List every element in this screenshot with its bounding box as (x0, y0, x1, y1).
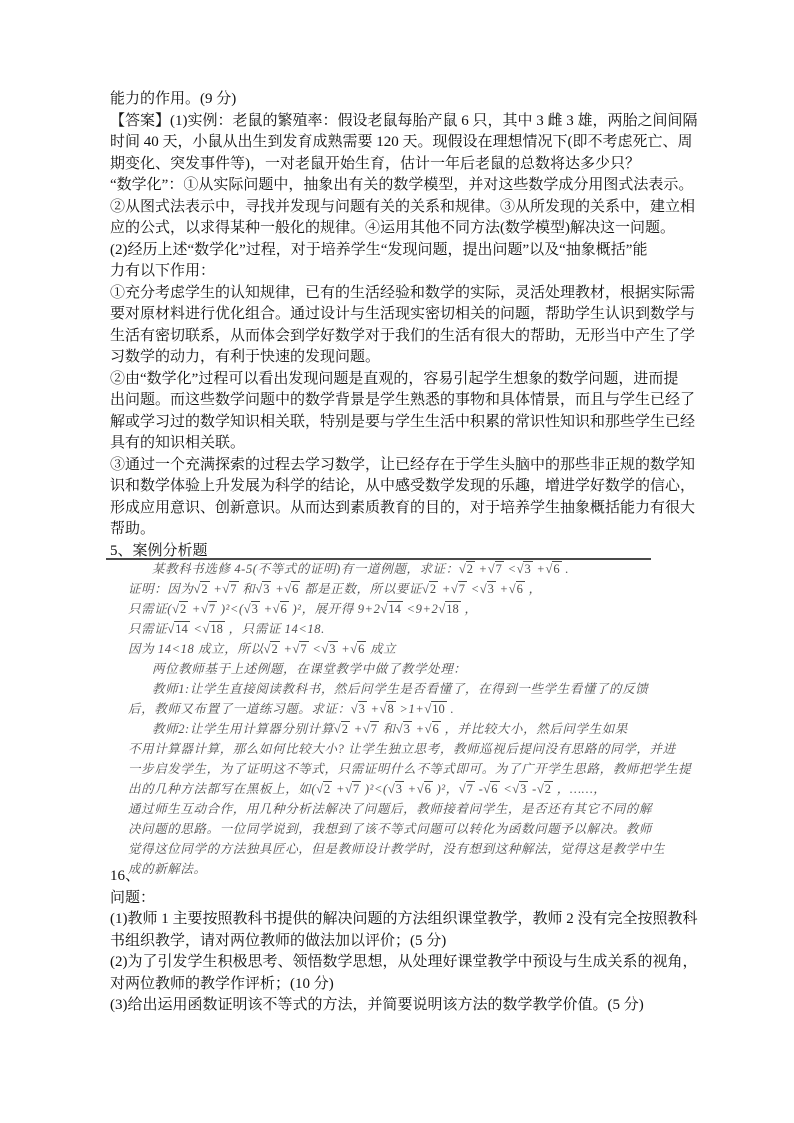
sqrt-expression: √18 (438, 601, 460, 616)
text-line: ②由“数学化”过程可以看出发现问题是直观的，容易引起学生想象的数学问题，进而提 (110, 369, 710, 391)
scan-text-line: 证明：因为√2 +√7 和√3 +√6 都是正数，所以要证√2 +√7 <√3 … (128, 579, 708, 599)
sqrt-expression: √10 (424, 701, 446, 716)
question-line: (3)给出运用函数证明该不等式的方法，并简要说明该方法的数学教学价值。(5 分) (110, 995, 710, 1017)
sqrt-expression: √2 (264, 641, 280, 656)
text-line: 具有的知识相关联。 (110, 433, 710, 455)
sqrt-expression: √6 (425, 721, 441, 736)
text-line: 【答案】(1)实例：老鼠的繁殖率：假设老鼠每胎产鼠 6 只，其中 3 雌 3 雄… (110, 111, 710, 133)
scan-text-line: 决问题的思路。一位同学说到，我想到了该不等式问题可以转化为函数问题予以解决。教师 (128, 819, 708, 839)
text-line: 帮助。 (110, 519, 710, 541)
sqrt-expression: √14 (167, 621, 189, 636)
sqrt-expression: √2 (194, 581, 210, 596)
case-study-scan-image: 某教科书选修 4-5(不等式的证明)有一道例题，求证：√2 +√7 <√3 +√… (128, 559, 708, 879)
sqrt-expression: √7 (488, 561, 504, 576)
scan-text-line: 一步启发学生，为了证明这不等式，只需证明什么不等式即可。为了广开学生思路，教师把… (128, 759, 708, 779)
text-line: ①充分考虑学生的认知规律，已有的生活经验和数学的实际，灵活处理教材，根据实际需 (110, 283, 710, 305)
questions-block: 16、 问题： (1)教师 1 主要按照教科书提供的解决问题的方法组织课堂教学，… (110, 866, 710, 1017)
sqrt-expression: √7 (292, 641, 308, 656)
text-line: (2)经历上述“数学化”过程，对于培养学生“发现问题，提出问题”以及“抽象概括”… (110, 240, 710, 262)
text-line: 识和数学体验上升发展为科学的结论，从中感受数学发现的乐趣，增进学好数学的信心， (110, 476, 710, 498)
text-line: ③通过一个充满探索的过程去学习数学，让已经存在于学生头脑中的那些非正规的数学知 (110, 455, 710, 477)
text-line: “数学化”：①从实际问题中，抽象出有关的数学模型，并对这些数学成分用图式法表示。 (110, 175, 710, 197)
text-line: 要对原材料进行优化组合。通过设计与生活现实密切相关的问题，帮助学生认识到数学与 (110, 304, 710, 326)
sqrt-expression: √3 (244, 601, 260, 616)
sqrt-expression: √2 (459, 561, 475, 576)
sqrt-expression: √3 (388, 781, 404, 796)
answer-text-block: 能力的作用。(9 分)【答案】(1)实例：老鼠的繁殖率：假设老鼠每胎产鼠 6 只… (110, 89, 710, 562)
sqrt-expression: √6 (284, 581, 300, 596)
sqrt-expression: √7 (345, 781, 361, 796)
sqrt-expression: √14 (380, 601, 402, 616)
sqrt-expression: √8 (380, 701, 396, 716)
scan-text-line: 后，教师又布置了一道练习题。求证：√3 +√8 >1+√10 . (128, 699, 708, 719)
sqrt-expression: √3 (321, 641, 337, 656)
question-16-number: 16、 (110, 866, 710, 888)
sqrt-expression: √2 (422, 581, 438, 596)
text-line: 时间 40 天，小鼠从出生到发育成熟需要 120 天。现假设在理想情况下(即不考… (110, 132, 710, 154)
scan-text-line: 出的几种方法都写在黑板上，如(√2 +√7 )²<(√3 +√6 )²，√7 -… (128, 779, 708, 799)
sqrt-expression: √6 (273, 601, 289, 616)
text-line: 解或学习过的数学知识相关联，特别是要与学生生活中积累的常识性知识和那些学生已经 (110, 412, 710, 434)
scan-text-line: 只需证(√2 +√7 )²<(√3 +√6 )²，展开得 9+2√14 <9+2… (128, 599, 708, 619)
text-line: ②从图式法表示中，寻找并发现与问题有关的关系和规律。③从所发现的关系中，建立相 (110, 197, 710, 219)
text-line: 应的公式，以求得某种一般化的规律。④运用其他不同方法(数学模型)解决这一问题。 (110, 218, 710, 240)
sqrt-expression: √18 (202, 621, 224, 636)
sqrt-expression: √7 (451, 581, 467, 596)
scan-text-line: 两位教师基于上述例题，在课堂教学中做了教学处理： (128, 659, 708, 679)
sqrt-expression: √6 (417, 781, 433, 796)
scan-text-line: 某教科书选修 4-5(不等式的证明)有一道例题，求证：√2 +√7 <√3 +√… (128, 559, 708, 579)
scan-text-line: 不用计算器计算，那么如何比较大小? 让学生独立思考，教师巡视后提问没有思路的同学… (128, 739, 708, 759)
text-line: 力有以下作用： (110, 261, 710, 283)
sqrt-expression: √7 (363, 721, 379, 736)
sqrt-expression: √3 (480, 581, 496, 596)
text-line: 能力的作用。(9 分) (110, 89, 710, 111)
sqrt-expression: √6 (350, 641, 366, 656)
sqrt-expression: √3 (255, 581, 271, 596)
sqrt-expression: √2 (316, 781, 332, 796)
scan-text-line: 觉得这位同学的方法独具匠心，但是教师设计教学时，没有想到这种解法，觉得这是教学中… (128, 839, 708, 859)
sqrt-expression: √7 (222, 581, 238, 596)
scan-text-line: 教师1:让学生直接阅读教科书，然后问学生是否看懂了，在得到一些学生看懂了的反馈 (128, 679, 708, 699)
question-line: 书组织教学，请对两位教师的做法加以评价；(5 分) (110, 931, 710, 953)
sqrt-expression: √3 (512, 781, 528, 796)
scan-text-line: 因为 14<18 成立，所以√2 +√7 <√3 +√6 成立 (128, 639, 708, 659)
answer-lines: 能力的作用。(9 分)【答案】(1)实例：老鼠的繁殖率：假设老鼠每胎产鼠 6 只… (110, 89, 710, 541)
sqrt-expression: √6 (483, 781, 499, 796)
sqrt-expression: √6 (546, 561, 562, 576)
sqrt-expression: √7 (459, 781, 475, 796)
question-lines: (1)教师 1 主要按照教科书提供的解决问题的方法组织课堂教学，教师 2 没有完… (110, 909, 710, 1017)
document-page: 能力的作用。(9 分)【答案】(1)实例：老鼠的繁殖率：假设老鼠每胎产鼠 6 只… (0, 0, 794, 1123)
sqrt-expression: √3 (351, 701, 367, 716)
text-line: 形成应用意识、创新意识。从而达到素质教育的目的，对于培养学生抽象概括能力有很大 (110, 498, 710, 520)
question-line: (1)教师 1 主要按照教科书提供的解决问题的方法组织课堂教学，教师 2 没有完… (110, 909, 710, 931)
sqrt-expression: √3 (396, 721, 412, 736)
text-line: 习数学的动力，有利于快速的发现问题。 (110, 347, 710, 369)
scan-text-line: 只需证√14 <√18 ，只需证 14<18. (128, 619, 708, 639)
sqrt-expression: √3 (517, 561, 533, 576)
sqrt-expression: √6 (509, 581, 525, 596)
sqrt-expression: √7 (201, 601, 217, 616)
text-line: 出问题。而这些数学问题中的数学背景是学生熟悉的事物和具体情景，而且与学生已经了 (110, 390, 710, 412)
text-line: 期变化、突发事件等)，一对老鼠开始生育，估计一年后老鼠的总数将达多少只？ (110, 154, 710, 176)
sqrt-expression: √2 (172, 601, 188, 616)
scan-text-line: 教师2:让学生用计算器分别计算√2 +√7 和√3 +√6 ，并比较大小，然后问… (128, 719, 708, 739)
sqrt-expression: √2 (334, 721, 350, 736)
question-line: (2)为了引发学生积极思考、领悟数学思想，从处理好课堂教学中预设与生成关系的视角… (110, 952, 710, 974)
text-line: 生活有密切联系，从而体会到学好数学对于我们的生活有很大的帮助，无形当中产生了学 (110, 326, 710, 348)
question-line: 对两位教师的教学作评析；(10 分) (110, 974, 710, 996)
sqrt-expression: √2 (537, 781, 553, 796)
problem-label: 问题： (110, 888, 710, 910)
scan-text-line: 通过师生互动合作，用几种分析法解决了问题后，教师接着问学生，是否还有其它不同的解 (128, 799, 708, 819)
